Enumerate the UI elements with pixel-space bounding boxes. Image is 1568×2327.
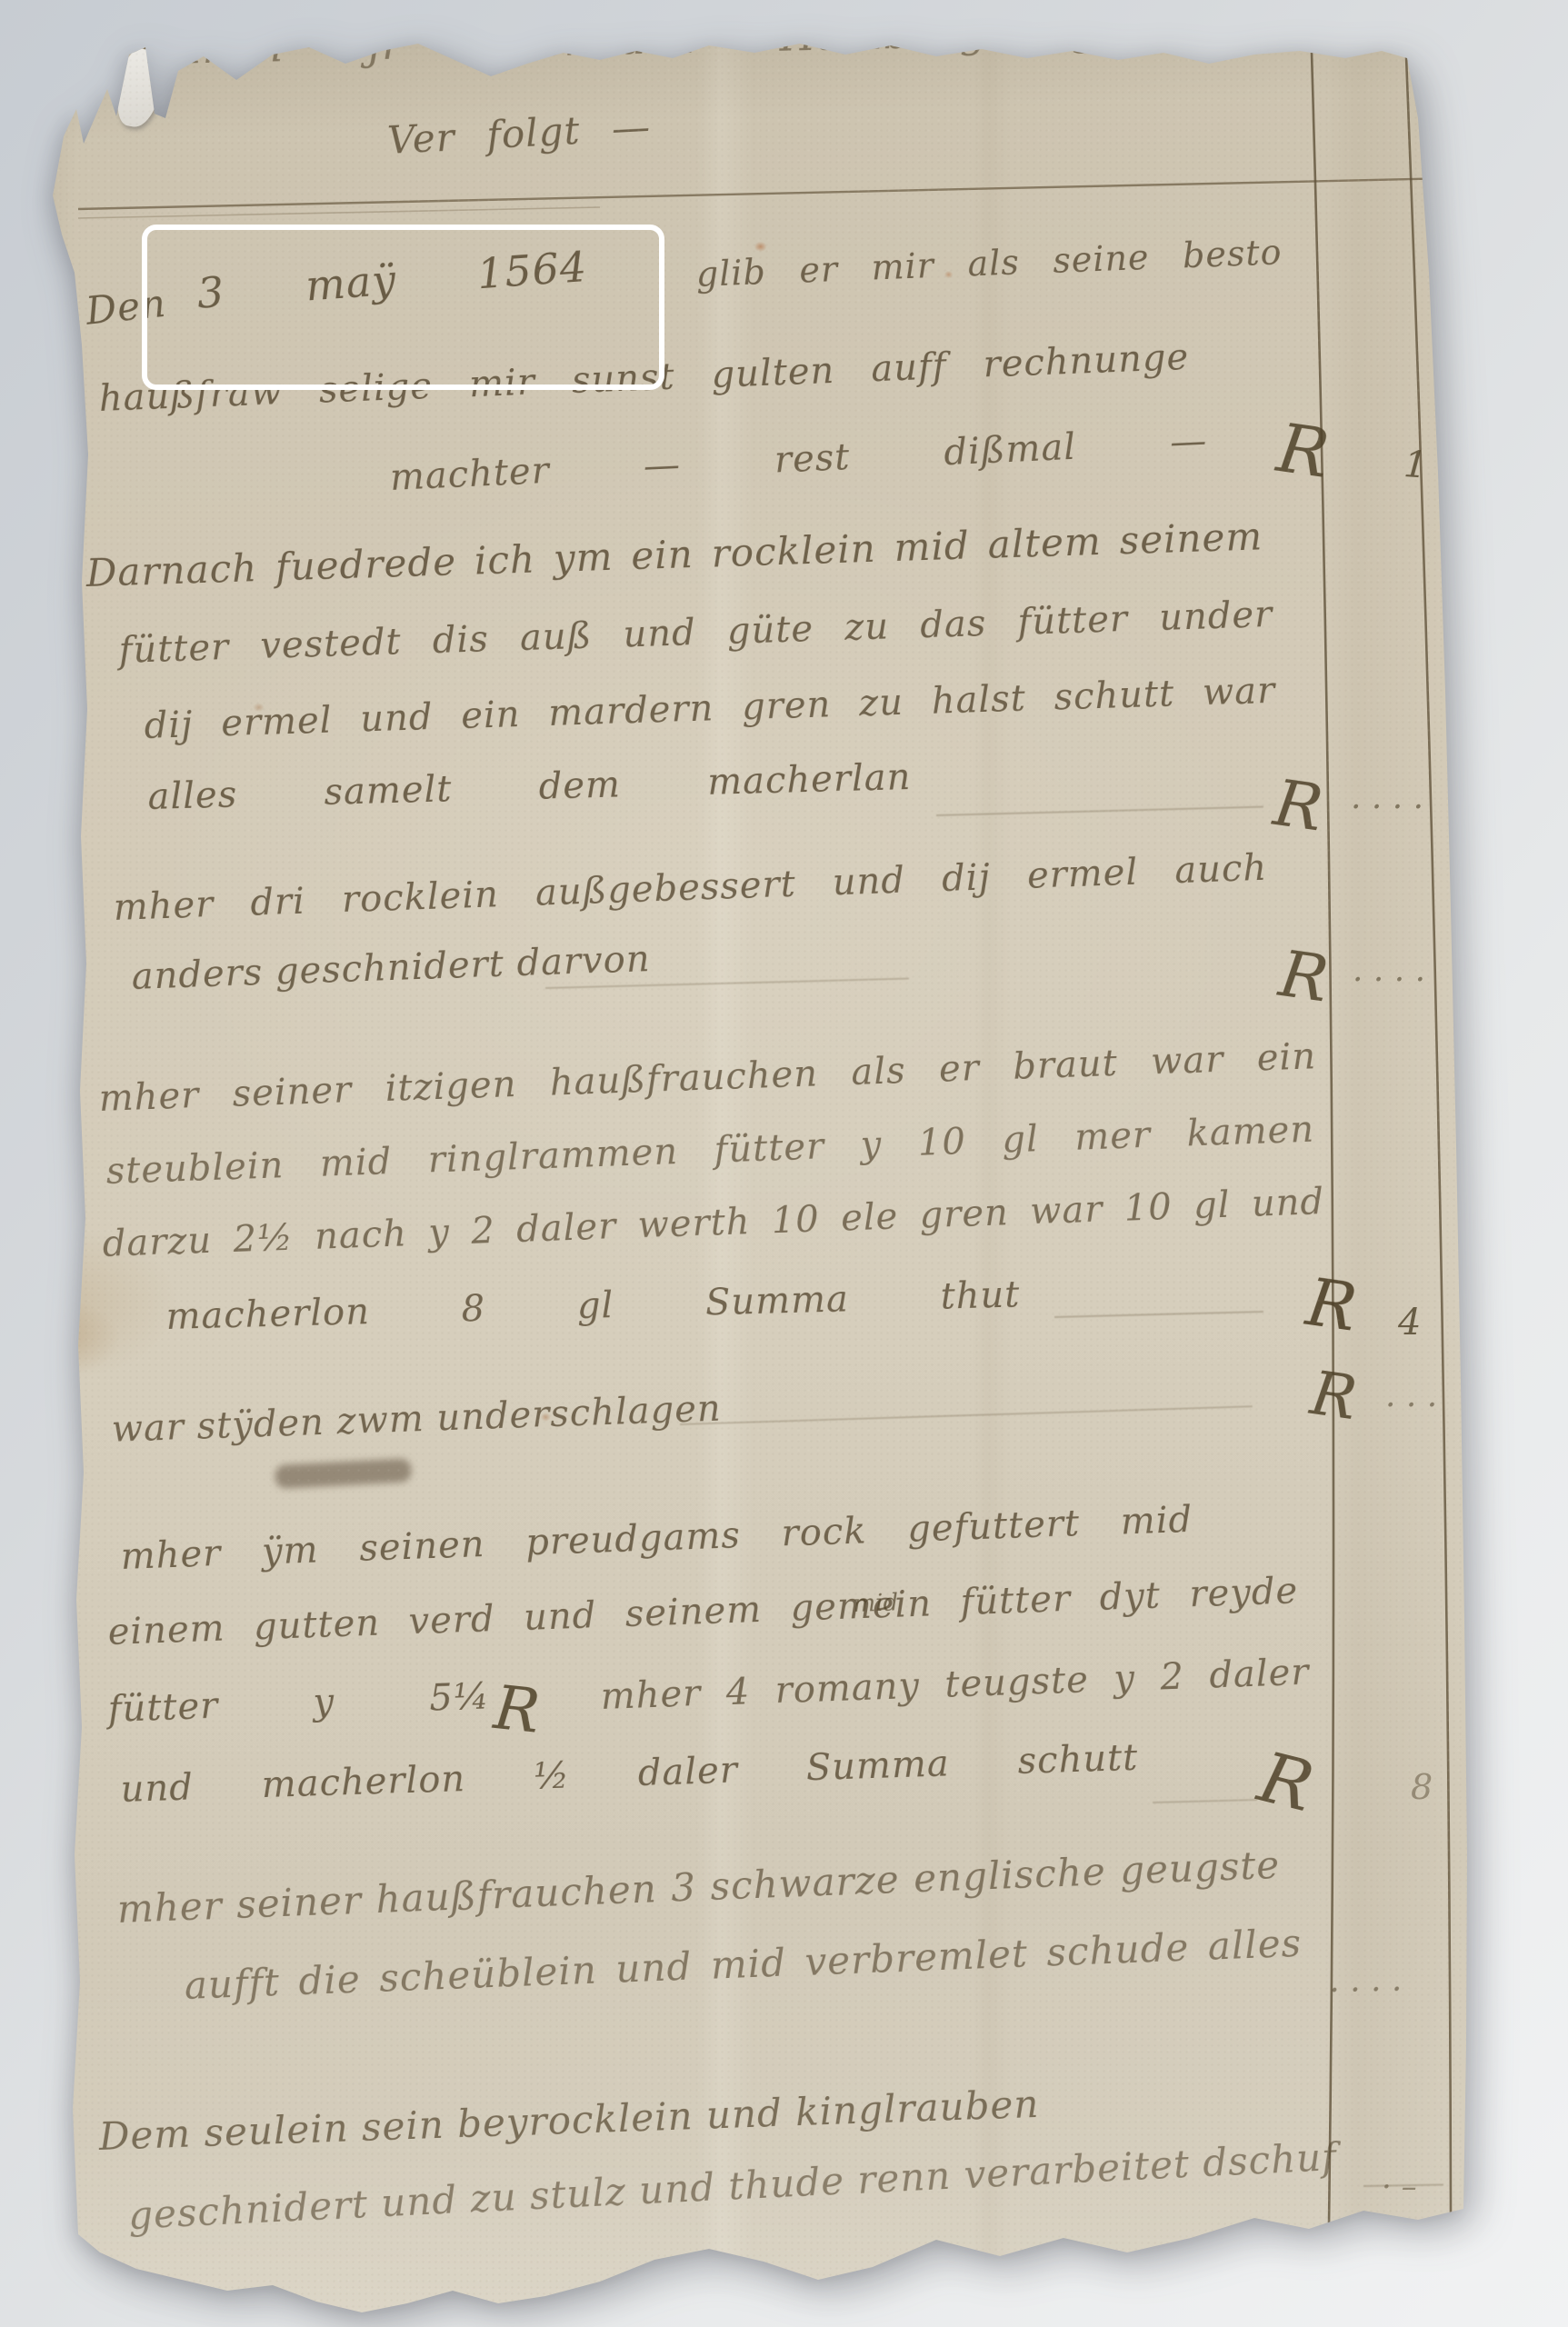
handwritten-line: mher seiner haußfrauchen 3 schwarze engl…	[116, 1843, 1281, 1932]
florin-currency-symbol: R	[1251, 1736, 1321, 1827]
handwritten-line: aufft die scheüblein und mid verbremlet …	[184, 1921, 1303, 2008]
torn-paper-flap	[115, 46, 166, 130]
handwritten-line: anders geschnidert darvon	[131, 943, 514, 998]
handwritten-line: Ver folgt —	[386, 105, 652, 163]
handwritten-line: machter — rest dißmal —	[389, 420, 1208, 499]
florin-currency-symbol: R	[491, 1673, 543, 1747]
handwritten-line: und macherlon ½ daler Summa schutt	[120, 1737, 1139, 1811]
florin-currency-symbol: R	[1273, 409, 1333, 494]
ditto-dots: · · · ·	[1351, 789, 1423, 826]
ditto-dots: · · · ·	[1329, 1972, 1403, 2010]
handwritten-line: alles samelt dem macherlan	[147, 756, 912, 818]
handwritten-line: einem gutten verd und seinem gemein fütt…	[107, 1570, 1299, 1653]
handwritten-line: fütter y 5¼	[107, 1675, 490, 1731]
handwritten-line: mher seiner itzigen haußfrauchen als er …	[98, 1035, 1317, 1120]
handwritten-line: macherlon 8 gl Summa thut	[165, 1273, 1021, 1338]
handwritten-line: war stÿden zwm underschlagen	[111, 1390, 657, 1451]
amount-value: 8	[1411, 1767, 1433, 1807]
ink-dash	[1054, 1311, 1263, 1318]
date-highlight-box	[142, 225, 664, 390]
margin-rule-inner	[1312, 53, 1333, 2225]
handwritten-line: steublein mid ringlrammen fütter y 10 gl…	[105, 1109, 1315, 1193]
ditto-dots: · –	[1382, 2169, 1417, 2205]
handwritten-line: mher 4 romany teugste y 2 daler	[600, 1652, 1310, 1718]
handwritten-line: darzu 2½ nach y 2 daler werth 10 ele gre…	[102, 1181, 1325, 1265]
florin-currency-symbol: R	[1270, 765, 1328, 846]
handwritten-line: Meinen jr nachbarn Hamburg gedachts. A	[118, 0, 1401, 75]
inserted-word: mid	[853, 1589, 899, 1618]
florin-currency-symbol: R	[1275, 936, 1333, 1017]
ink-dash	[936, 806, 1263, 816]
florin-currency-symbol: R	[1306, 1358, 1361, 1433]
handwritten-line: fütter vestedt dis auß und güte zu das f…	[118, 594, 1273, 672]
header-rule-line	[78, 178, 1453, 209]
amount-value: 1	[1403, 444, 1429, 487]
ink-dash	[545, 978, 909, 989]
amount-value: 4	[1398, 1302, 1421, 1343]
handwritten-line: Dem seulein sein beyrocklein und kinglra…	[98, 2085, 931, 2159]
ink-smudge	[275, 1458, 412, 1489]
manuscript-photo: Meinen jr nachbarn Hamburg gedachts. AVe…	[0, 0, 1568, 2327]
handwritten-line: geschnidert und zu stulz und thude renn …	[127, 2134, 1337, 2238]
handwritten-line: Darnach fuedrede ich ym ein rocklein mid…	[85, 514, 1263, 595]
ink-dash	[1153, 1799, 1257, 1803]
handwritten-line: glib er mir als seine besto	[695, 232, 1283, 295]
margin-rule-outer	[1406, 56, 1451, 2218]
header-rule-line-double	[78, 207, 600, 218]
handwritten-line: mher dri rocklein außgebessert und dij e…	[113, 847, 1268, 929]
florin-currency-symbol: R	[1302, 1263, 1361, 1346]
handwritten-line: dij ermel und ein mardern gren zu halst …	[144, 670, 1276, 747]
handwritten-line: mher ÿm seinen preudgams rock gefuttert …	[120, 1499, 1193, 1578]
ditto-dots: · · · ·	[1353, 962, 1425, 999]
ink-dash	[680, 1405, 1253, 1425]
ditto-dots: · · ·	[1385, 1387, 1437, 1424]
